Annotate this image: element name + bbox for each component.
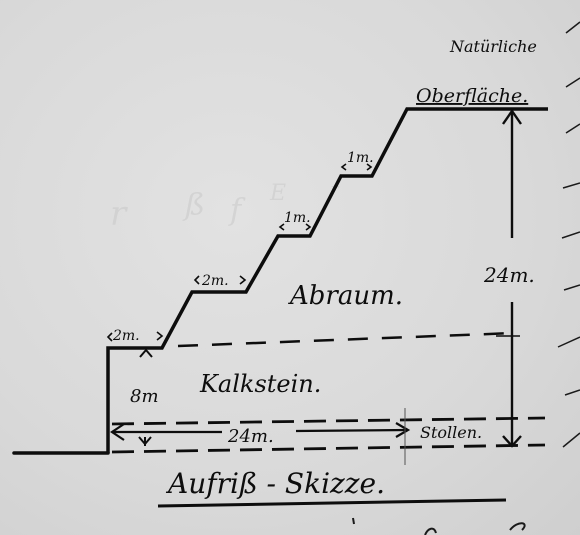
sketch-title: Aufriß - Skizze. bbox=[165, 467, 385, 500]
step-width-label-3: 1m. bbox=[284, 210, 311, 226]
title-underline bbox=[158, 500, 506, 506]
stray-marks bbox=[353, 518, 525, 535]
step-width-label-1: 2m. bbox=[112, 328, 140, 344]
overburden-label: Abraum. bbox=[288, 281, 403, 311]
sketch-page: r ß f E r bbox=[0, 0, 580, 535]
margin-marks bbox=[558, 22, 580, 447]
surface-label-bottom: Oberfläche. bbox=[416, 85, 528, 107]
tunnel-label: Stollen. bbox=[420, 423, 482, 442]
limestone-thickness-label: 8m bbox=[130, 386, 159, 407]
profile-diagram: r ß f E r bbox=[0, 0, 580, 535]
limestone-top-dashed-line bbox=[178, 333, 515, 346]
svg-text:ß: ß bbox=[182, 188, 205, 223]
svg-text:E: E bbox=[269, 181, 286, 206]
surface-label-top: Natürliche bbox=[449, 37, 537, 56]
step-width-label-4: 1m. bbox=[347, 150, 374, 166]
total-height-label: 24m. bbox=[483, 263, 535, 287]
limestone-thickness-caret-top bbox=[140, 350, 152, 357]
tunnel-length-label: 24m. bbox=[227, 426, 274, 447]
limestone-label: Kalkstein. bbox=[199, 370, 321, 398]
svg-text:f: f bbox=[228, 193, 246, 228]
step-width-label-2: 2m. bbox=[201, 273, 229, 289]
svg-text:r: r bbox=[110, 194, 128, 234]
tunnel-bottom-dashed-line bbox=[112, 445, 545, 452]
